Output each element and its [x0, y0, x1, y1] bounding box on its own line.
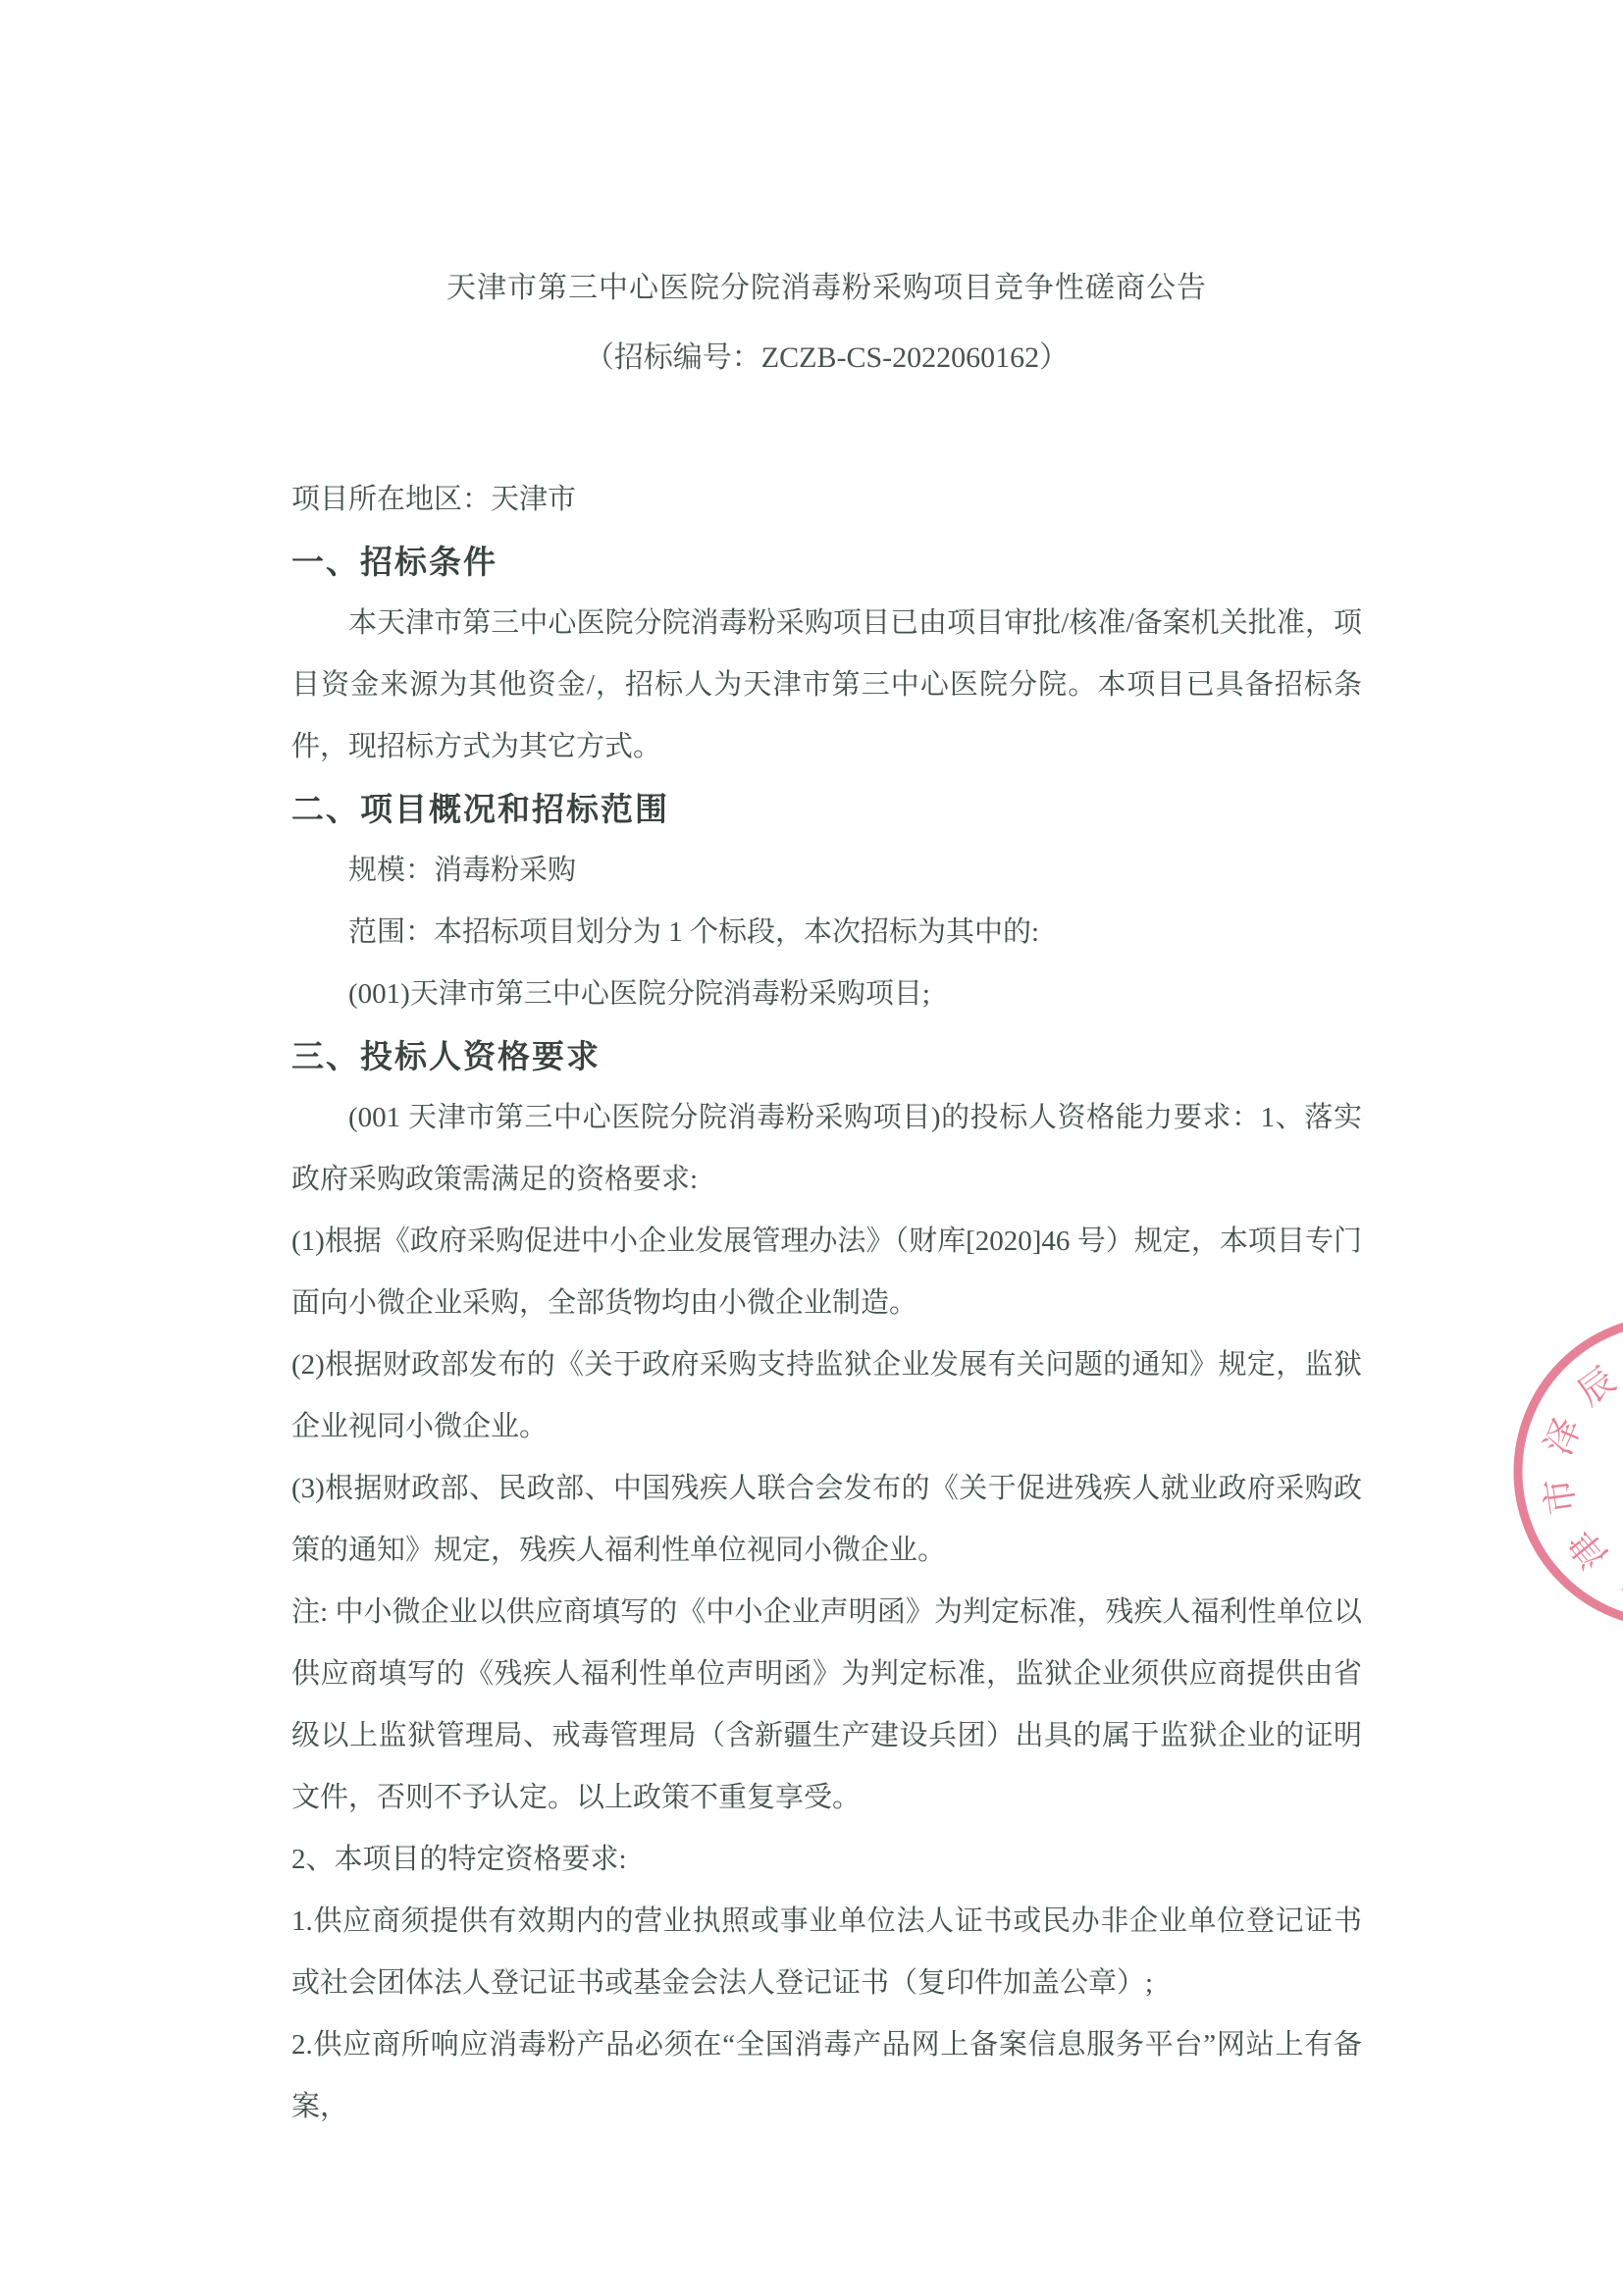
paragraph: 1.供应商须提供有效期内的营业执照或事业单位法人证书或民办非企业单位登记证书或社… — [291, 1891, 1362, 2014]
page-title: 天津市第三中心医院分院消毒粉采购项目竞争性磋商公告 — [291, 257, 1362, 319]
document-page: 天津市第三中心医院分院消毒粉采购项目竞争性磋商公告 （招标编号：ZCZB-CS-… — [0, 0, 1623, 2296]
paragraph: 本天津市第三中心医院分院消毒粉采购项目已由项目审批/核准/备案机关批准，项目资金… — [291, 593, 1362, 778]
section-heading-project-overview: 二、项目概况和招标范围 — [291, 778, 1362, 840]
paragraph: 2、本项目的特定资格要求: — [291, 1829, 1362, 1891]
paragraph: (001 天津市第三中心医院分院消毒粉采购项目)的投标人资格能力要求：1、落实政… — [291, 1087, 1362, 1211]
region-line: 项目所在地区：天津市 — [291, 469, 1362, 531]
document-content: 天津市第三中心医院分院消毒粉采购项目竞争性磋商公告 （招标编号：ZCZB-CS-… — [291, 257, 1362, 2138]
paragraph: (3)根据财政部、民政部、中国残疾人联合会发布的《关于促进残疾人就业政府采购政策… — [291, 1458, 1362, 1582]
paragraph: 2.供应商所响应消毒粉产品必须在“全国消毒产品网上备案信息服务平台”网站上有备案… — [291, 2014, 1362, 2138]
paragraph: 规模：消毒粉采购 — [291, 840, 1362, 902]
paragraph: (1)根据《政府采购促进中小企业发展管理办法》（财库[2020]46 号）规定，… — [291, 1211, 1362, 1334]
red-seal-stamp: 天津市泽辰 — [1466, 1276, 1623, 1668]
paragraph: 范围：本招标项目划分为 1 个标段，本次招标为其中的: — [291, 902, 1362, 964]
paragraph: (001)天津市第三中心医院分院消毒粉采购项目; — [291, 964, 1362, 1025]
tender-number: （招标编号：ZCZB-CS-2022060162） — [291, 327, 1362, 389]
section-heading-bidder-qualifications: 三、投标人资格要求 — [291, 1025, 1362, 1087]
section-heading-tender-conditions: 一、招标条件 — [291, 531, 1362, 593]
paragraph: (2)根据财政部发布的《关于政府采购支持监狱企业发展有关问题的通知》规定，监狱企… — [291, 1334, 1362, 1458]
paragraph: 注: 中小微企业以供应商填写的《中小企业声明函》为判定标准，残疾人福利性单位以供… — [291, 1582, 1362, 1829]
